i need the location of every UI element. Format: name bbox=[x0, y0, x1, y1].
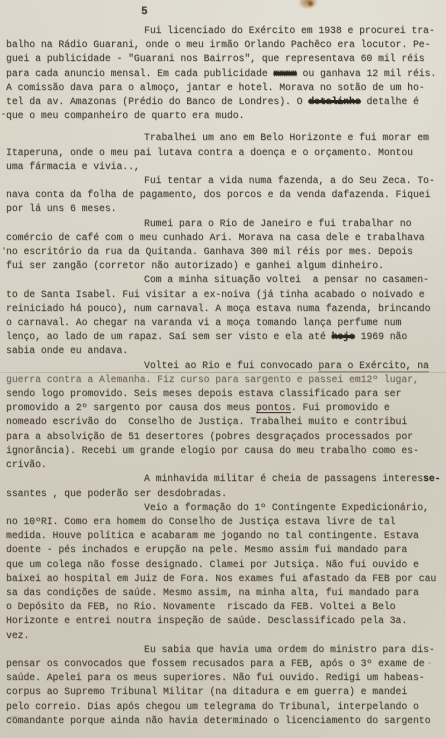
paper-stain-dot bbox=[308, 1, 313, 6]
text-segment: ssantes , que poderão ser desdobradas. bbox=[6, 488, 227, 499]
text-segment: para a absolvição de 51 desertores (pobr… bbox=[6, 431, 413, 442]
typewritten-text: Fui licenciado do Exército em 1938 e pro… bbox=[0, 24, 446, 728]
text-line: pensar os convocados que fossem recusado… bbox=[0, 657, 446, 671]
text-segment: to de Santa Isabel. Fui visitar a ex-noi… bbox=[6, 289, 425, 300]
text-segment: pelo correio. Dias após chegou um telegr… bbox=[6, 701, 419, 712]
text-line: A minhavida militar é cheia de passagens… bbox=[0, 472, 446, 486]
text-line: pelo correio. Dias após chegou um telegr… bbox=[0, 700, 446, 714]
text-line: para a absolvição de 51 desertores (pobr… bbox=[0, 430, 446, 444]
text-segment: baixei ao hospital em Juiz de Fora. Nos … bbox=[6, 573, 436, 584]
text-segment: Itaperuna, onde o meu pai lutava contra … bbox=[6, 147, 413, 158]
text-line: saúde. Apelei para os meus superiores. N… bbox=[0, 671, 446, 685]
text-line: balho na Rádio Guarani, onde o meu irmão… bbox=[0, 38, 446, 52]
text-segment: lenço, ao lado de um rapaz. Saí sem ser … bbox=[6, 331, 332, 342]
text-segment: Veio a formação do 1º Contingente Expedi… bbox=[144, 502, 429, 513]
text-line: Horizonte e entrei noutra inspeção de sa… bbox=[0, 614, 446, 628]
struck-word: mmmm bbox=[273, 68, 296, 79]
text-segment: que o meu companheiro de quarto era mudo… bbox=[6, 110, 244, 121]
text-line: comandante porque ainda não havia determ… bbox=[0, 714, 446, 728]
text-segment: reiniciado há pouco), num carnaval. A mo… bbox=[6, 303, 430, 314]
text-segment: nava conta da folha de pagamento, dos po… bbox=[6, 189, 430, 200]
text-line: tel da av. Amazonas (Prédio do Banco de … bbox=[0, 95, 446, 109]
text-segment: no escritório da rua da Quitanda. Ganhav… bbox=[6, 246, 413, 257]
text-line: fui ser zangão (corretor não autorizado)… bbox=[0, 259, 446, 273]
text-segment: A minhavida militar é cheia de passagens… bbox=[144, 473, 423, 484]
struck-word: detalinho bbox=[308, 96, 360, 107]
text-line: baixei ao hospital em Juiz de Fora. Nos … bbox=[0, 572, 446, 586]
text-line: Eu sabia que havia uma ordem do ministro… bbox=[0, 643, 446, 657]
text-line: Veio a formação do 1º Contingente Expedi… bbox=[0, 501, 446, 515]
text-segment: corpus ao Supremo Tribunal Militar (na d… bbox=[6, 686, 407, 697]
text-line: medida. Houve política e acabaram me jog… bbox=[0, 529, 446, 543]
text-line: sendo logo promovido. Seis meses depois … bbox=[0, 387, 446, 401]
text-segment: tel da av. Amazonas (Prédio do Banco de … bbox=[6, 96, 308, 107]
text-segment: detalhe é bbox=[361, 96, 419, 107]
text-line: no escritório da rua da Quitanda. Ganhav… bbox=[0, 245, 446, 259]
text-segment: ignorância). Recebi um grande elogio por… bbox=[6, 445, 419, 456]
page-number: 5 bbox=[141, 6, 148, 18]
text-line: o carnaval. Ao chegar na varanda vi a mo… bbox=[0, 316, 446, 330]
text-line: to de Santa Isabel. Fui visitar a ex-noi… bbox=[0, 288, 446, 302]
text-segment: Fui licenciado do Exército em 1938 e pro… bbox=[144, 25, 435, 36]
text-segment: medida. Houve política e acabaram me jog… bbox=[6, 530, 419, 541]
text-segment: doente - pés inchados e erupção na pele.… bbox=[6, 544, 407, 555]
text-segment: . Fui promovido e bbox=[291, 402, 390, 413]
text-segment: saúde. Apelei para os meus superiores. N… bbox=[6, 672, 425, 683]
text-segment: balho na Rádio Guarani, onde o meu irmão… bbox=[6, 39, 430, 50]
text-segment: o carnaval. Ao chegar na varanda vi a mo… bbox=[6, 317, 401, 328]
text-line: Fui tentar a vida numa fazenda, a do Seu… bbox=[0, 174, 446, 188]
text-segment: ou ganhava 12 mil réis. bbox=[297, 68, 437, 79]
struck-word: hoje bbox=[332, 331, 355, 342]
text-segment: Com a minha situação voltei a pensar no … bbox=[144, 274, 429, 285]
text-line: lenço, ao lado de um rapaz. Saí sem ser … bbox=[0, 330, 446, 344]
text-line: corpus ao Supremo Tribunal Militar (na d… bbox=[0, 685, 446, 699]
text-line: nomeado escrivão do Conselho de Justiça.… bbox=[0, 415, 446, 429]
text-segment: uma fármacia e vivia.., bbox=[6, 161, 140, 172]
scanned-typewritten-page: 5 Fui licenciado do Exército em 1938 e p… bbox=[0, 0, 446, 738]
text-segment: sendo logo promovido. Seis meses depois … bbox=[6, 388, 401, 399]
text-line: Itaperuna, onde o meu pai lutava contra … bbox=[0, 146, 446, 160]
text-segment: sa das condições de saúde. Mesmo assim, … bbox=[6, 587, 419, 598]
text-segment: se- bbox=[423, 473, 440, 484]
text-line: Voltei ao Rio e fui convocado para o Exé… bbox=[0, 359, 446, 373]
text-segment: Fui tentar a vida numa fazenda, a do Seu… bbox=[144, 175, 435, 186]
text-segment: o Depósito da FEB, no Rio. Novamente ris… bbox=[6, 601, 396, 612]
text-segment: Rumei para o Rio de Janeiro e fui trabal… bbox=[144, 218, 411, 229]
text-segment: nomeado escrivão do Conselho de Justiça.… bbox=[6, 416, 407, 427]
text-line: reiniciado há pouco), num carnaval. A mo… bbox=[0, 302, 446, 316]
text-line: nava conta da folha de pagamento, dos po… bbox=[0, 188, 446, 202]
text-segment: Eu sabia que havia uma ordem do ministro… bbox=[144, 644, 435, 655]
text-line: no 10ºRI. Como era homem do Conselho de … bbox=[0, 515, 446, 529]
text-line: para cada anuncio mensal. Em cada public… bbox=[0, 67, 446, 81]
text-line: sa das condições de saúde. Mesmo assim, … bbox=[0, 586, 446, 600]
text-segment: sabia onde eu andava. bbox=[6, 345, 128, 356]
text-line: A comissão dava para o almoço, jantar e … bbox=[0, 81, 446, 95]
text-segment: vez. bbox=[6, 630, 29, 641]
text-segment: A comissão dava para o almoço, jantar e … bbox=[6, 82, 425, 93]
text-line: Com a minha situação voltei a pensar no … bbox=[0, 273, 446, 287]
text-segment: guerra contra a Alemanha. Fiz curso para… bbox=[6, 374, 419, 385]
text-line: ssantes , que poderão ser desdobradas. bbox=[0, 487, 446, 501]
faint-underlined-text: para o Exército, na bbox=[318, 360, 428, 371]
text-line: crivão. bbox=[0, 458, 446, 472]
text-segment: crivão. bbox=[6, 459, 47, 470]
text-segment: que um colega não fosse designado. Clame… bbox=[6, 559, 419, 570]
text-line: sabia onde eu andava. bbox=[0, 344, 446, 358]
underlined-word: pontos bbox=[256, 402, 291, 413]
text-segment: para cada anuncio mensal. Em cada public… bbox=[6, 68, 273, 79]
text-line: doente - pés inchados e erupção na pele.… bbox=[0, 543, 446, 557]
text-segment: pensar os convocados que fossem recusado… bbox=[6, 658, 425, 669]
text-segment: guei a publicidade - "Guarani nos Bairro… bbox=[6, 53, 425, 64]
text-line: comércio de café com o meu cunhado Ari. … bbox=[0, 231, 446, 245]
text-line: guerra contra a Alemanha. Fiz curso para… bbox=[0, 373, 446, 387]
text-segment: Trabalhei um ano em Belo Horizonte e fui… bbox=[144, 132, 429, 143]
text-segment: Horizonte e entrei noutra inspeção de sa… bbox=[6, 615, 407, 626]
text-line: vez. bbox=[0, 629, 446, 643]
text-line: guei a publicidade - "Guarani nos Bairro… bbox=[0, 52, 446, 66]
text-line: ignorância). Recebi um grande elogio por… bbox=[0, 444, 446, 458]
text-line: promovido a 2º sargento por causa dos me… bbox=[0, 401, 446, 415]
text-line: que o meu companheiro de quarto era mudo… bbox=[0, 109, 446, 123]
text-line: Fui licenciado do Exército em 1938 e pro… bbox=[0, 24, 446, 38]
text-line: Rumei para o Rio de Janeiro e fui trabal… bbox=[0, 217, 446, 231]
text-segment: promovido a 2º sargento por causa dos me… bbox=[6, 402, 256, 413]
text-segment: no 10ºRI. Como era homem do Conselho de … bbox=[6, 516, 396, 527]
text-line: uma fármacia e vivia.., bbox=[0, 160, 446, 174]
text-line: Trabalhei um ano em Belo Horizonte e fui… bbox=[0, 131, 446, 145]
text-line: que um colega não fosse designado. Clame… bbox=[0, 558, 446, 572]
text-segment: Voltei ao Rio e fui convocado bbox=[144, 360, 318, 371]
text-line: por lá uns 6 meses. bbox=[0, 202, 446, 216]
text-segment: comandante porque ainda não havia determ… bbox=[6, 715, 430, 726]
text-segment: fui ser zangão (corretor não autorizado)… bbox=[6, 260, 384, 271]
text-segment: por lá uns 6 meses. bbox=[6, 203, 116, 214]
text-segment: comércio de café com o meu cunhado Ari. … bbox=[6, 232, 425, 243]
text-segment: 1969 não bbox=[355, 331, 407, 342]
text-line: o Depósito da FEB, no Rio. Novamente ris… bbox=[0, 600, 446, 614]
